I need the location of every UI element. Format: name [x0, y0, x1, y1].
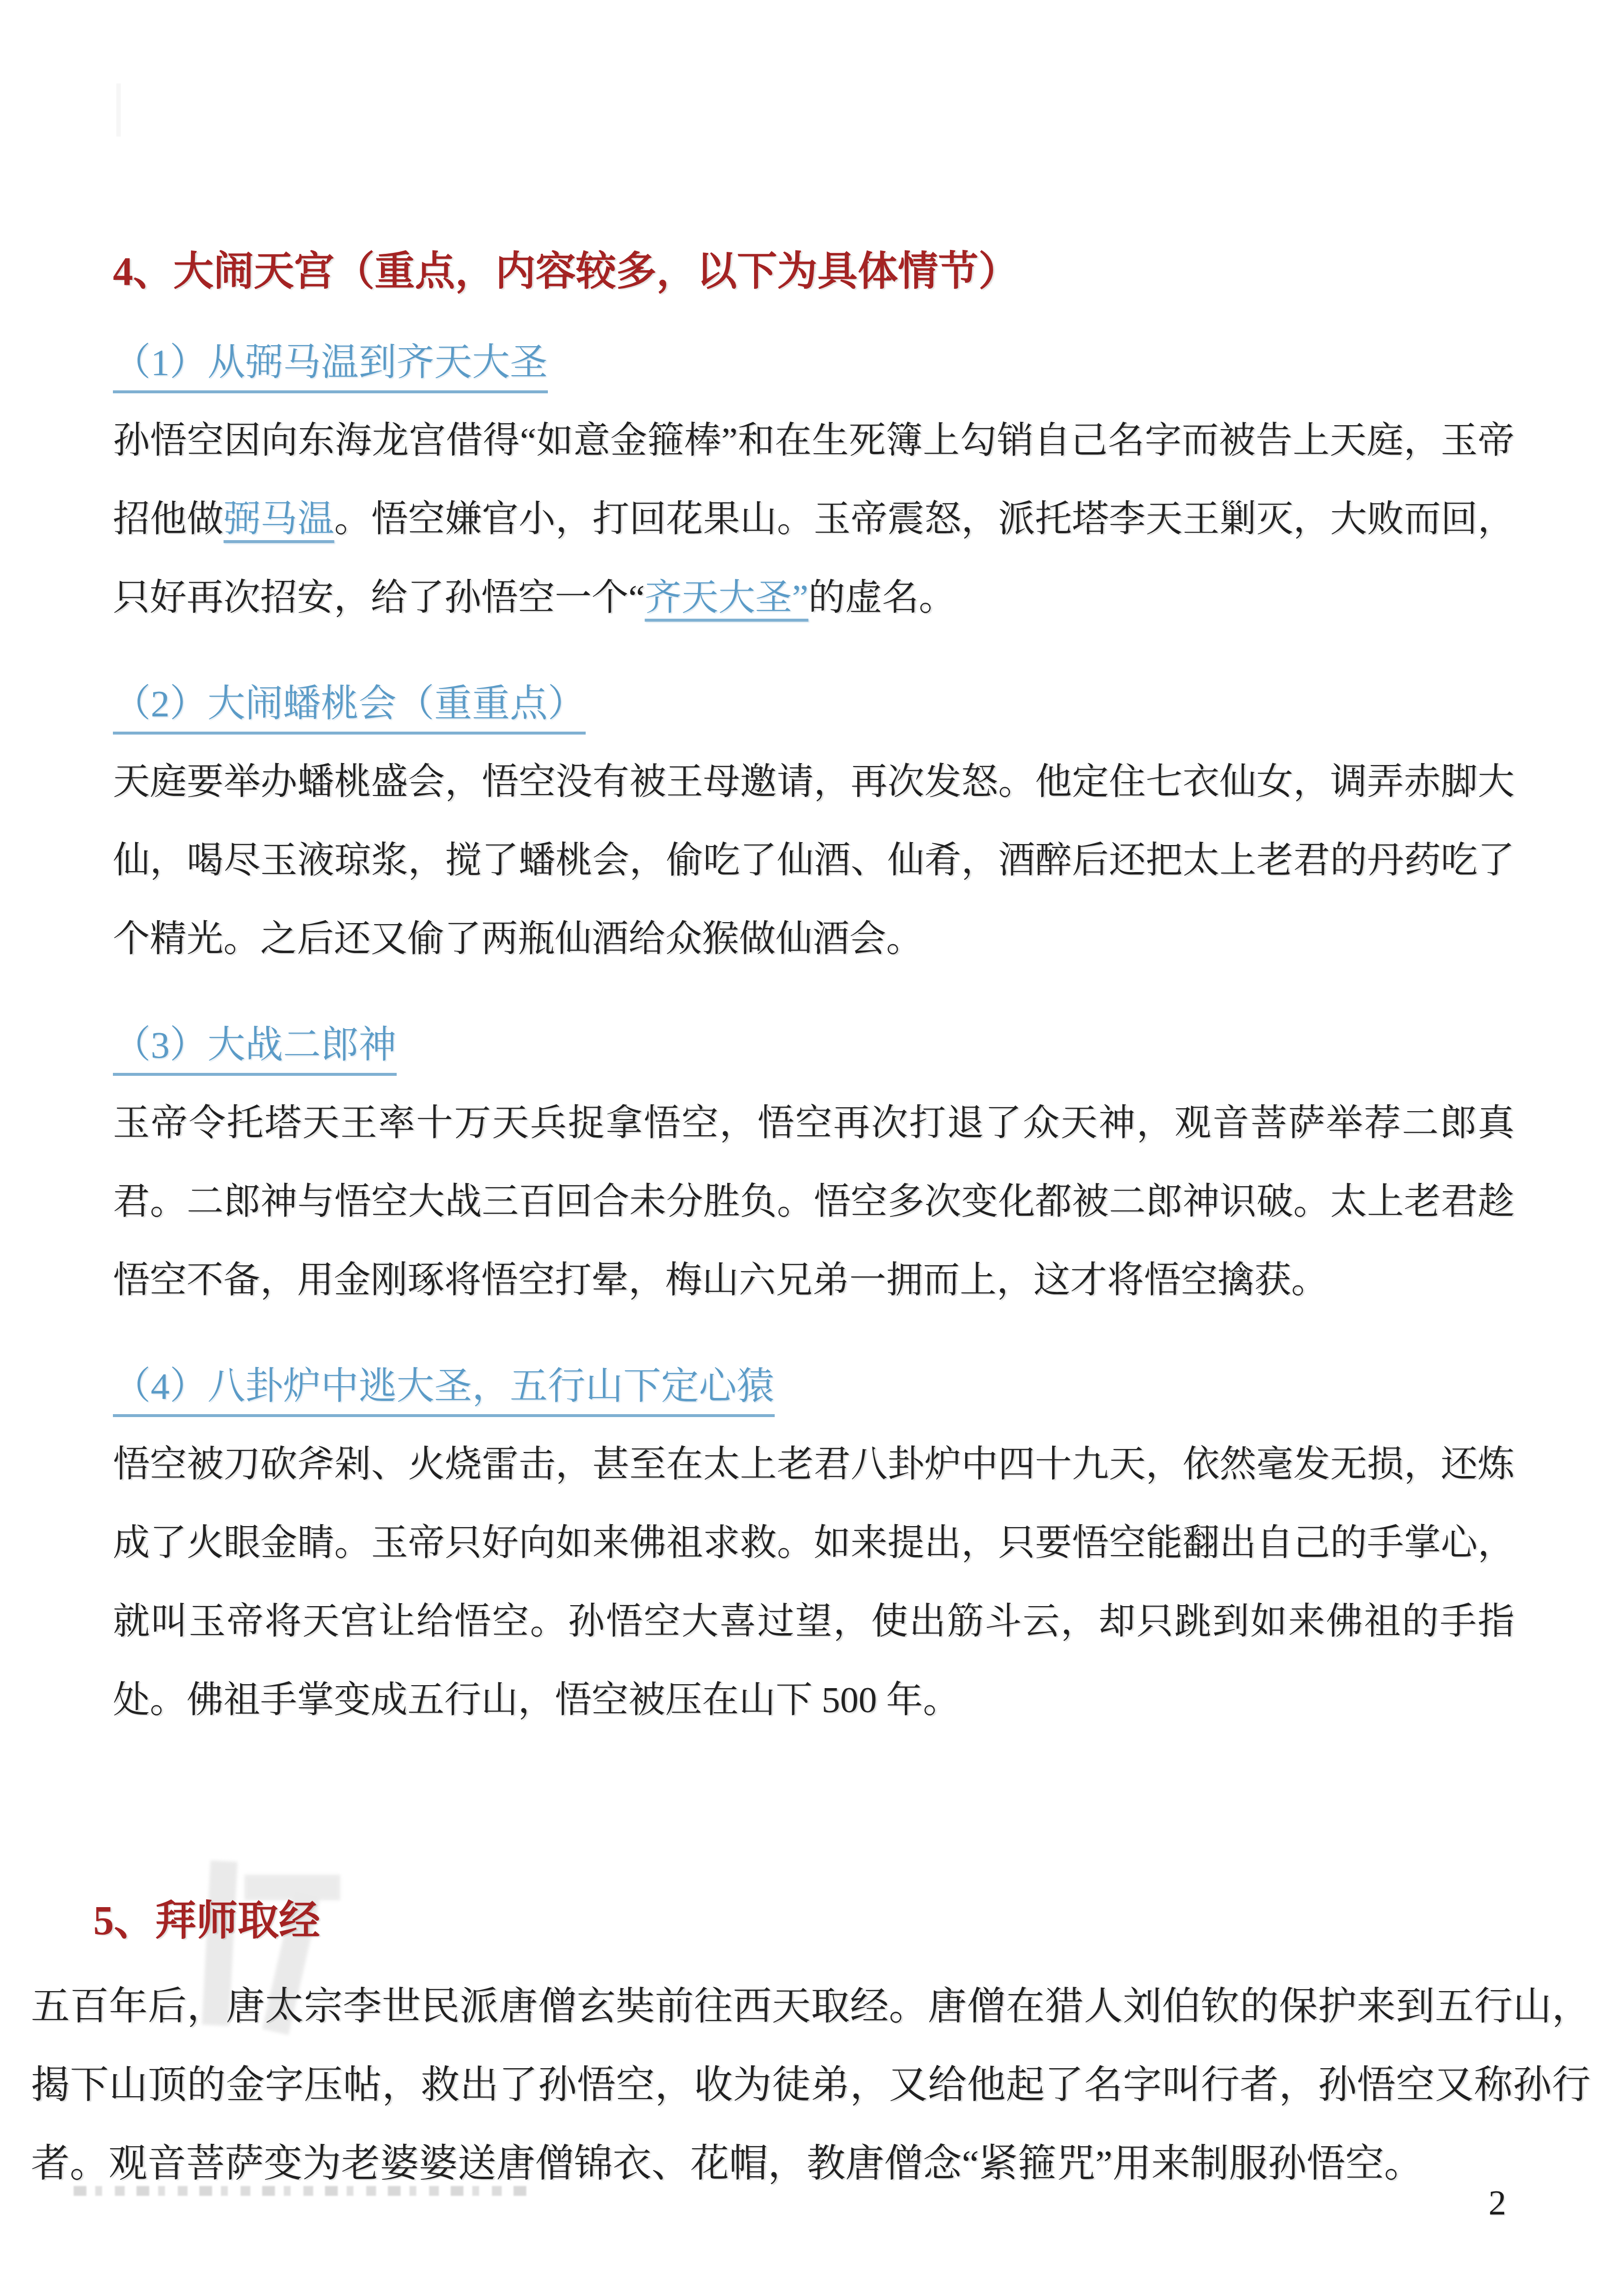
subsection-4-2-heading-link-text[interactable]: （2）大闹蟠桃会（重重点） [113, 683, 586, 735]
subsection-4-2-heading: （2）大闹蟠桃会（重重点） [113, 664, 1515, 743]
subsection-4-1-heading-link-text[interactable]: （1）从弼马温到齐天大圣 [113, 341, 548, 393]
inline-link[interactable]: 弼马温 [223, 499, 334, 540]
paragraph-4-2: 天庭要举办蟠桃盛会，悟空没有被王母邀请，再次发怒。他定住七衣仙女，调弄赤脚大仙，… [113, 743, 1515, 979]
document-page: 4、大闹天宫（重点，内容较多，以下为具体情节）（1）从弼马温到齐天大圣孙悟空因向… [0, 0, 1623, 2296]
paragraph-4-1: 孙悟空因向东海龙宫借得“如意金箍棒”和在生死簿上勾销自己名字而被告上天庭，玉帝招… [113, 402, 1515, 637]
text-run: 的虚名。 [809, 577, 956, 618]
text-run: 悟空被刀砍斧剁、火烧雷击，甚至在太上老君八卦炉中四十九天，依然毫发无损，还炼成了… [113, 1444, 1515, 1721]
section-4-heading: 4、大闹天宫（重点，内容较多，以下为具体情节） [113, 230, 1515, 313]
subsection-4-3-heading: （3）大战二郎神 [113, 1006, 1515, 1084]
text-run: 五百年后，唐太宗李世民派唐僧玄奘前往西天取经。唐僧在猎人刘伯钦的保护来到五行山，… [31, 1986, 1591, 2186]
content-main: 4、大闹天宫（重点，内容较多，以下为具体情节）（1）从弼马温到齐天大圣孙悟空因向… [113, 0, 1515, 1740]
paragraph-4-4: 悟空被刀砍斧剁、火烧雷击，甚至在太上老君八卦炉中四十九天，依然毫发无损，还炼成了… [113, 1425, 1515, 1740]
paragraph-4-3: 玉帝令托塔天王率十万天兵捉拿悟空，悟空再次打退了众天神，观音菩萨举荐二郎真君。二… [113, 1084, 1515, 1320]
section-5-heading: 5、拜师取经 [93, 1880, 1591, 1963]
inline-link[interactable]: 齐天大圣” [645, 577, 808, 618]
subsection-4-4-heading: （4）八卦炉中逃大圣，五行山下定心猿 [113, 1347, 1515, 1425]
text-run: 玉帝令托塔天王率十万天兵捉拿悟空，悟空再次打退了众天神，观音菩萨举荐二郎真君。二… [113, 1103, 1515, 1301]
content-bottom: 5、拜师取经五百年后，唐太宗李世民派唐僧玄奘前往西天取经。唐僧在猎人刘伯钦的保护… [31, 1880, 1591, 2204]
subsection-4-4-heading-link-text[interactable]: （4）八卦炉中逃大圣，五行山下定心猿 [113, 1365, 775, 1417]
subsection-4-1-heading: （1）从弼马温到齐天大圣 [113, 323, 1515, 402]
paragraph-5-1: 五百年后，唐太宗李世民派唐僧玄奘前往西天取经。唐僧在猎人刘伯钦的保护来到五行山，… [31, 1968, 1591, 2204]
subsection-4-3-heading-link-text[interactable]: （3）大战二郎神 [113, 1024, 397, 1076]
text-run: 天庭要举办蟠桃盛会，悟空没有被王母邀请，再次发怒。他定住七衣仙女，调弄赤脚大仙，… [113, 762, 1515, 959]
